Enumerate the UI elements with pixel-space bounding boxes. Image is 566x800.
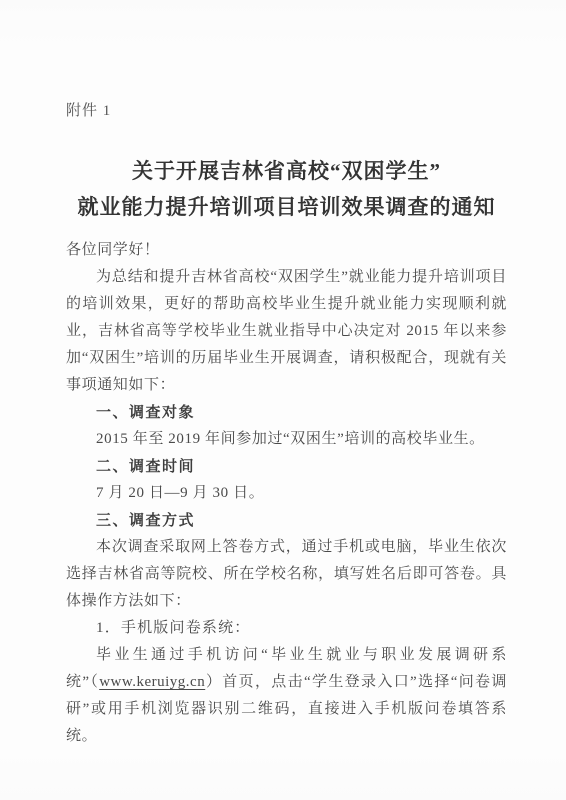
notice-title: 关于开展吉林省高校“双困学生” 就业能力提升培训项目培训效果调查的通知 (66, 153, 507, 225)
document-page: 附件 1 关于开展吉林省高校“双困学生” 就业能力提升培训项目培训效果调查的通知… (0, 0, 566, 800)
section-body-survey-target: 2015 年至 2019 年间参加过“双困生”培训的高校毕业生。 (66, 426, 507, 453)
intro-paragraph: 为总结和提升吉林省高校“双困学生”就业能力提升培训项目的培训效果，更好的帮助高校… (66, 264, 507, 399)
notice-title-line-1: 关于开展吉林省高校“双困学生” (66, 153, 507, 189)
document-body: 各位同学好！ 为总结和提升吉林省高校“双困学生”就业能力提升培训项目的培训效果，… (66, 237, 507, 750)
notice-title-line-2: 就业能力提升培训项目培训效果调查的通知 (66, 189, 507, 225)
subsection-body-mobile-questionnaire: 毕业生通过手机访问“毕业生就业与职业发展调研系统”（www.keruiyg.cn… (66, 642, 507, 750)
section-body-survey-time: 7 月 20 日—9 月 30 日。 (66, 480, 507, 507)
section-body-survey-method: 本次调查采取网上答卷方式，通过手机或电脑，毕业生依次选择吉林省高等院校、所在学校… (66, 534, 507, 615)
greeting-line: 各位同学好！ (66, 237, 507, 264)
subsection-heading-mobile-questionnaire: 1．手机版问卷系统： (66, 615, 507, 642)
section-heading-survey-method: 三、调查方式 (66, 507, 507, 534)
attachment-label: 附件 1 (66, 102, 507, 120)
survey-system-url-link[interactable]: www.keruiyg.cn (99, 674, 205, 690)
section-heading-survey-time: 二、调查时间 (66, 453, 507, 480)
section-heading-survey-target: 一、调查对象 (66, 399, 507, 426)
